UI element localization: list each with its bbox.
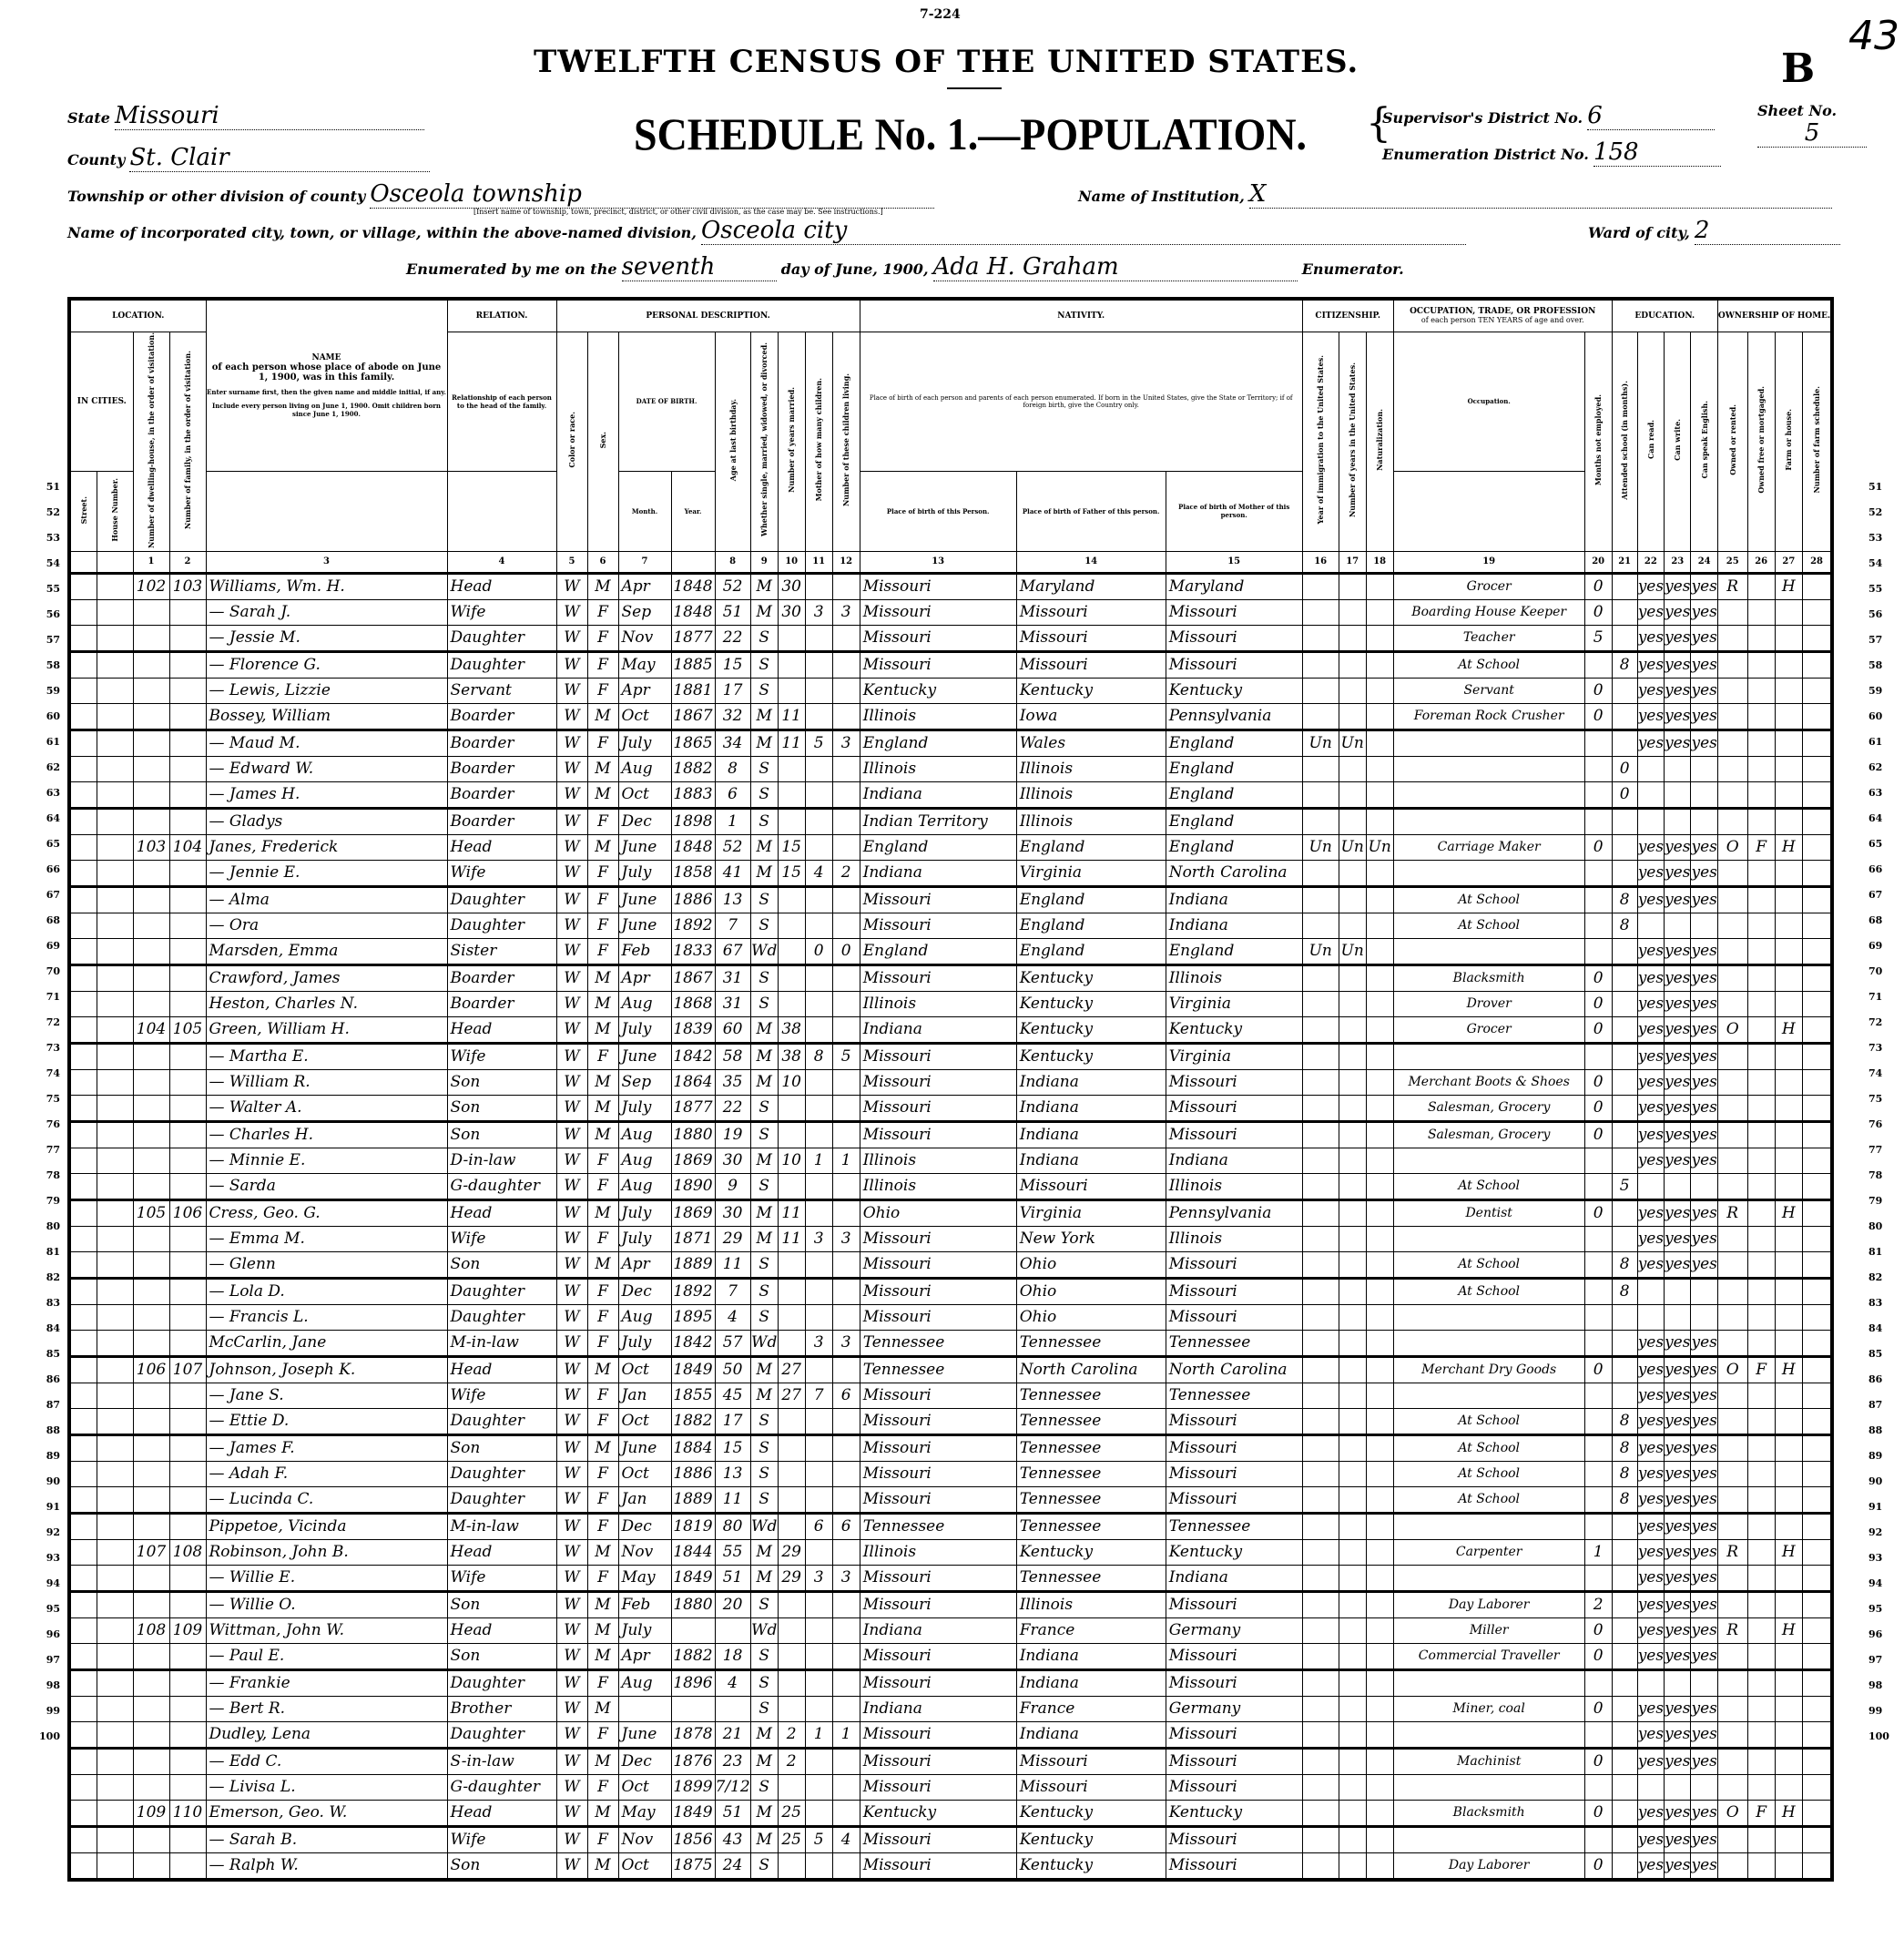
cell-race: W [556, 678, 587, 703]
cell-fb: Kentucky [1016, 1826, 1166, 1852]
cell-ym [778, 651, 805, 678]
cell-nat [1366, 1069, 1393, 1095]
cell-fh [1775, 1069, 1802, 1095]
cell-rel: Head [447, 1356, 556, 1383]
cell-yi [1302, 913, 1339, 938]
cell-sch [1612, 1774, 1637, 1800]
cell-sch [1612, 834, 1637, 860]
cell-fb: England [1016, 834, 1166, 860]
cell-yus [1339, 651, 1366, 678]
cell-yi [1302, 1643, 1339, 1669]
cell-race: W [556, 1121, 587, 1148]
cell-sch: 8 [1612, 1434, 1637, 1461]
census-row: 105106Cress, Geo. G.HeadWMJuly186930M11O… [69, 1199, 1832, 1226]
cell-empty [69, 1774, 97, 1800]
cell-fam: 107 [169, 1356, 206, 1383]
cell-wr [1665, 1304, 1691, 1330]
cell-age: 58 [715, 1043, 750, 1069]
cell-cl [832, 1800, 860, 1826]
cell-own [1717, 1173, 1747, 1199]
cell-mc [805, 1617, 832, 1643]
cell-mne: 0 [1584, 678, 1612, 703]
cell-race: W [556, 1539, 587, 1565]
cell-fb: Iowa [1016, 703, 1166, 730]
cell-rd: yes [1637, 1852, 1664, 1880]
cell-sex: M [587, 1643, 618, 1669]
cell-mne [1584, 1383, 1612, 1408]
col-speak-english-header: Can speak English. [1701, 401, 1708, 479]
cell-pb: Illinois [860, 1148, 1016, 1173]
cell-ms: Wd [750, 1513, 778, 1539]
cell-en: yes [1691, 599, 1717, 625]
cell-occ: Miner, coal [1393, 1696, 1584, 1721]
cell-yus [1339, 1696, 1366, 1721]
group-relation: RELATION. [447, 299, 556, 332]
cell-fm [1747, 886, 1775, 913]
cell-wr: yes [1665, 1199, 1691, 1226]
cell-fh [1775, 1669, 1802, 1696]
cell-fh: H [1775, 1016, 1802, 1043]
cell-rd [1637, 781, 1664, 808]
cell-yus [1339, 1461, 1366, 1486]
cell-yus [1339, 781, 1366, 808]
enumerator-name: Ada H. Graham [933, 253, 1298, 281]
cell-mc [805, 886, 832, 913]
cell-mc [805, 1800, 832, 1826]
institution-value: X [1249, 180, 1832, 209]
cell-empty [69, 808, 97, 834]
cell-ms: M [750, 1748, 778, 1774]
cell-empty [97, 1565, 133, 1591]
cell-mc: 5 [805, 730, 832, 756]
cell-en: yes [1691, 573, 1717, 599]
cell-mb: Pennsylvania [1166, 703, 1302, 730]
column-number: 5 [556, 551, 587, 573]
cell-en [1691, 781, 1717, 808]
cell-yi [1302, 1461, 1339, 1486]
census-row: — FrankieDaughterWFAug18964SMissouriIndi… [69, 1669, 1832, 1696]
cell-fam [169, 730, 206, 756]
column-number: 11 [805, 551, 832, 573]
column-number: 2 [169, 551, 206, 573]
cell-sex: F [587, 1461, 618, 1486]
cell-wr: yes [1665, 1826, 1691, 1852]
cell-ms: S [750, 1591, 778, 1617]
cell-cl [832, 1408, 860, 1434]
cell-fb: Kentucky [1016, 964, 1166, 991]
cell-mb: Missouri [1166, 1669, 1302, 1696]
census-row: — William R.SonWMSep186435M10MissouriInd… [69, 1069, 1832, 1095]
column-number: 10 [778, 551, 805, 573]
cell-fh [1775, 1721, 1802, 1748]
line-number: 100 [1868, 1730, 1896, 1756]
cell-wr: yes [1665, 1408, 1691, 1434]
cell-cl: 3 [832, 1226, 860, 1251]
cell-occ [1393, 1226, 1584, 1251]
cell-yr: 1868 [671, 991, 715, 1016]
cell-yus [1339, 1486, 1366, 1513]
cell-pb: Missouri [860, 1486, 1016, 1513]
cell-mc [805, 651, 832, 678]
cell-rd: yes [1637, 1434, 1664, 1461]
cell-fh [1775, 730, 1802, 756]
cell-name: — James F. [206, 1434, 447, 1461]
cell-own: O [1717, 1016, 1747, 1043]
cell-wr: yes [1665, 1095, 1691, 1121]
cell-empty [1802, 1774, 1832, 1800]
cell-own [1717, 703, 1747, 730]
cell-mc [805, 625, 832, 651]
cell-rd: yes [1637, 1251, 1664, 1278]
cell-occ: Drover [1393, 991, 1584, 1016]
cell-mc: 8 [805, 1043, 832, 1069]
cell-yr: 1877 [671, 625, 715, 651]
cell-pb: Indiana [860, 1617, 1016, 1643]
cell-name: Bossey, William [206, 703, 447, 730]
cell-empty [69, 1278, 97, 1304]
cell-empty [69, 1148, 97, 1173]
line-number: 84 [33, 1322, 60, 1348]
cell-rel: Head [447, 1539, 556, 1565]
cell-cl: 4 [832, 1826, 860, 1852]
cell-yr: 1884 [671, 1434, 715, 1461]
cell-mb: Missouri [1166, 1748, 1302, 1774]
cell-rd: yes [1637, 1748, 1664, 1774]
ward-value: 2 [1695, 217, 1840, 245]
cell-nat [1366, 1513, 1393, 1539]
cell-fam [169, 1148, 206, 1173]
cell-ym [778, 1173, 805, 1199]
cell-wr [1665, 808, 1691, 834]
line-number: 63 [1868, 787, 1896, 812]
cell-fm [1747, 730, 1775, 756]
cell-yr: 1886 [671, 1461, 715, 1486]
group-location: LOCATION. [69, 299, 206, 332]
census-row: — Jane S.WifeWFJan185545M2776MissouriTen… [69, 1383, 1832, 1408]
cell-fam [169, 1330, 206, 1356]
cell-fam: 110 [169, 1800, 206, 1826]
township-field: Township or other division of county Osc… [67, 180, 934, 209]
cell-mne [1584, 730, 1612, 756]
cell-ms: M [750, 1199, 778, 1226]
cell-sch: 8 [1612, 1408, 1637, 1434]
cell-sex: M [587, 834, 618, 860]
cell-mc [805, 1461, 832, 1486]
cell-yi [1302, 1486, 1339, 1513]
cell-wr: yes [1665, 730, 1691, 756]
cell-empty [1802, 1539, 1832, 1565]
cell-dw [133, 1696, 169, 1721]
cell-dw [133, 1643, 169, 1669]
cell-empty [69, 1461, 97, 1486]
cell-ms: S [750, 1852, 778, 1880]
cell-age [715, 1617, 750, 1643]
cell-cl [832, 913, 860, 938]
cell-age: 67 [715, 938, 750, 964]
cell-fh [1775, 913, 1802, 938]
cell-mon: Aug [618, 1121, 671, 1148]
cell-fh: H [1775, 834, 1802, 860]
cell-empty [1802, 1643, 1832, 1669]
cell-empty [1802, 1852, 1832, 1880]
line-number: 69 [1868, 940, 1896, 965]
cell-dw: 109 [133, 1800, 169, 1826]
cell-empty [69, 1330, 97, 1356]
col-children-living-header: Number of these children living. [842, 373, 850, 506]
cell-yus [1339, 1148, 1366, 1173]
cell-sex: M [587, 1095, 618, 1121]
census-row: — Edward W.BoarderWMAug18828SIllinoisIll… [69, 756, 1832, 781]
cell-mon: Jan [618, 1383, 671, 1408]
cell-name: Williams, Wm. H. [206, 573, 447, 599]
census-row: Marsden, EmmaSisterWFFeb183367Wd00Englan… [69, 938, 1832, 964]
cell-yi [1302, 1043, 1339, 1069]
cell-cl [832, 756, 860, 781]
cell-dw [133, 1043, 169, 1069]
cell-yi [1302, 1565, 1339, 1591]
cell-wr: yes [1665, 1852, 1691, 1880]
cell-yus [1339, 1408, 1366, 1434]
cell-mne [1584, 1434, 1612, 1461]
cell-rel: Head [447, 1199, 556, 1226]
cell-ms: M [750, 1826, 778, 1852]
cell-empty [1802, 1748, 1832, 1774]
cell-race: W [556, 1069, 587, 1095]
cell-yr: 1885 [671, 651, 715, 678]
cell-fam [169, 599, 206, 625]
cell-fh [1775, 1251, 1802, 1278]
cell-age: 22 [715, 1095, 750, 1121]
cell-pb: Tennessee [860, 1513, 1016, 1539]
cell-empty [97, 1800, 133, 1826]
cell-yr: 1865 [671, 730, 715, 756]
cell-mon: Oct [618, 703, 671, 730]
cell-yr: 1867 [671, 703, 715, 730]
cell-empty [1802, 991, 1832, 1016]
cell-dw [133, 1852, 169, 1880]
cell-name: — Sarda [206, 1173, 447, 1199]
cell-fh [1775, 1408, 1802, 1434]
cell-occ: Merchant Boots & Shoes [1393, 1069, 1584, 1095]
cell-race: W [556, 1148, 587, 1173]
cell-mb: Illinois [1166, 1226, 1302, 1251]
cell-yr: 1871 [671, 1226, 715, 1251]
cell-dw [133, 678, 169, 703]
cell-yus [1339, 1539, 1366, 1565]
cell-fh [1775, 703, 1802, 730]
cell-nat [1366, 625, 1393, 651]
cell-rel: Daughter [447, 886, 556, 913]
cell-dw [133, 1408, 169, 1434]
column-number: 27 [1775, 551, 1802, 573]
cell-empty [97, 756, 133, 781]
line-number: 77 [33, 1144, 60, 1169]
col-relation-header: Relationship of each person to the head … [447, 332, 556, 472]
cell-nat [1366, 1251, 1393, 1278]
cell-fh [1775, 1748, 1802, 1774]
cell-empty [97, 703, 133, 730]
line-number: 51 [1868, 481, 1896, 506]
cell-age: 7/12 [715, 1774, 750, 1800]
cell-own [1717, 886, 1747, 913]
cell-fb: England [1016, 886, 1166, 913]
line-number: 62 [33, 761, 60, 787]
cell-sch: 0 [1612, 781, 1637, 808]
cell-race: W [556, 1486, 587, 1513]
cell-empty [97, 625, 133, 651]
cell-mne: 0 [1584, 703, 1612, 730]
cell-nat [1366, 938, 1393, 964]
cell-occ: At School [1393, 1408, 1584, 1434]
cell-sex: F [587, 1330, 618, 1356]
column-number: 18 [1366, 551, 1393, 573]
cell-en: yes [1691, 1591, 1717, 1617]
cell-yi [1302, 1330, 1339, 1356]
cell-race: W [556, 1565, 587, 1591]
cell-pb: Kentucky [860, 1800, 1016, 1826]
cell-yi [1302, 1383, 1339, 1408]
col-farm-schedule-header: Number of farm schedule. [1813, 386, 1820, 494]
cell-yus [1339, 703, 1366, 730]
cell-pb: Indiana [860, 1696, 1016, 1721]
cell-rd: yes [1637, 860, 1664, 886]
cell-occ: Grocer [1393, 1016, 1584, 1043]
line-number: 61 [1868, 736, 1896, 761]
cell-cl [832, 781, 860, 808]
cell-name: Crawford, James [206, 964, 447, 991]
cell-empty [69, 991, 97, 1016]
cell-mon: Nov [618, 625, 671, 651]
cell-dw [133, 1095, 169, 1121]
cell-en: yes [1691, 1461, 1717, 1486]
cell-empty [97, 1121, 133, 1148]
cell-sex: F [587, 1148, 618, 1173]
cell-yr: 1849 [671, 1565, 715, 1591]
cell-mc [805, 1069, 832, 1095]
cell-ms: S [750, 991, 778, 1016]
cell-occ [1393, 1721, 1584, 1748]
cell-rd: yes [1637, 1826, 1664, 1852]
cell-race: W [556, 756, 587, 781]
cell-yi [1302, 1095, 1339, 1121]
cell-rd [1637, 1669, 1664, 1696]
cell-empty [69, 1016, 97, 1043]
line-number: 93 [33, 1552, 60, 1577]
cell-sch [1612, 625, 1637, 651]
cell-fm [1747, 573, 1775, 599]
cell-yi [1302, 860, 1339, 886]
cell-empty [69, 1121, 97, 1148]
form-number: 7-224 [920, 7, 961, 22]
cell-sch [1612, 1304, 1637, 1330]
cell-yus [1339, 1199, 1366, 1226]
cell-yr: 1848 [671, 599, 715, 625]
cell-name: — Edward W. [206, 756, 447, 781]
cell-ym [778, 1669, 805, 1696]
col-age-header: Age at last birthday. [729, 399, 737, 481]
cell-fb: Missouri [1016, 599, 1166, 625]
line-number: 73 [33, 1042, 60, 1067]
cell-name: — Edd C. [206, 1748, 447, 1774]
cell-mb: England [1166, 834, 1302, 860]
cell-fm [1747, 1565, 1775, 1591]
cell-empty [1802, 808, 1832, 834]
cell-mne [1584, 1565, 1612, 1591]
cell-fm [1747, 1643, 1775, 1669]
cell-wr: yes [1665, 1513, 1691, 1539]
cell-sex: F [587, 1043, 618, 1069]
cell-ym [778, 808, 805, 834]
cell-empty [97, 991, 133, 1016]
state-value: Missouri [115, 102, 424, 130]
cell-empty [1802, 678, 1832, 703]
line-number: 74 [33, 1067, 60, 1093]
cell-empty [1802, 1199, 1832, 1226]
cell-ms: M [750, 1148, 778, 1173]
cell-wr: yes [1665, 1383, 1691, 1408]
cell-yi [1302, 1696, 1339, 1721]
census-row: — Charles H.SonWMAug188019SMissouriIndia… [69, 1121, 1832, 1148]
cell-nat [1366, 1095, 1393, 1121]
cell-ms: S [750, 1304, 778, 1330]
cell-yi [1302, 1408, 1339, 1434]
cell-yi: Un [1302, 730, 1339, 756]
cell-race: W [556, 808, 587, 834]
cell-occ: At School [1393, 1486, 1584, 1513]
cell-en: yes [1691, 1486, 1717, 1513]
cell-yi [1302, 625, 1339, 651]
cell-yr: 1882 [671, 1408, 715, 1434]
cell-fam [169, 1513, 206, 1539]
cell-wr: yes [1665, 1069, 1691, 1095]
line-number: 98 [1868, 1679, 1896, 1705]
cell-fm [1747, 1199, 1775, 1226]
cell-mc: 1 [805, 1148, 832, 1173]
cell-own: R [1717, 1199, 1747, 1226]
cell-name: Pippetoe, Vicinda [206, 1513, 447, 1539]
cell-name: Emerson, Geo. W. [206, 1800, 447, 1826]
cell-empty [97, 834, 133, 860]
cell-empty [69, 1852, 97, 1880]
cell-ms: S [750, 781, 778, 808]
cell-mc [805, 1356, 832, 1383]
cell-yi [1302, 1513, 1339, 1539]
cell-pb: Missouri [860, 1591, 1016, 1617]
cell-nat [1366, 756, 1393, 781]
cell-mb: Missouri [1166, 599, 1302, 625]
cell-yus: Un [1339, 730, 1366, 756]
line-number: 98 [33, 1679, 60, 1705]
cell-wr: yes [1665, 1016, 1691, 1043]
cell-nat [1366, 781, 1393, 808]
cell-sch [1612, 1591, 1637, 1617]
col-dob-header: DATE OF BIRTH. [618, 332, 715, 472]
cell-fm [1747, 1251, 1775, 1278]
cell-yr: 1895 [671, 1304, 715, 1330]
line-number: 57 [1868, 634, 1896, 659]
cell-rel: Son [447, 1852, 556, 1880]
cell-wr: yes [1665, 1043, 1691, 1069]
cell-fm [1747, 991, 1775, 1016]
cell-dw [133, 1330, 169, 1356]
cell-rel: S-in-law [447, 1748, 556, 1774]
cell-yi [1302, 1669, 1339, 1696]
cell-fh [1775, 886, 1802, 913]
cell-mc: 7 [805, 1383, 832, 1408]
cell-ms: S [750, 756, 778, 781]
cell-ym: 11 [778, 730, 805, 756]
cell-rd: yes [1637, 1591, 1664, 1617]
